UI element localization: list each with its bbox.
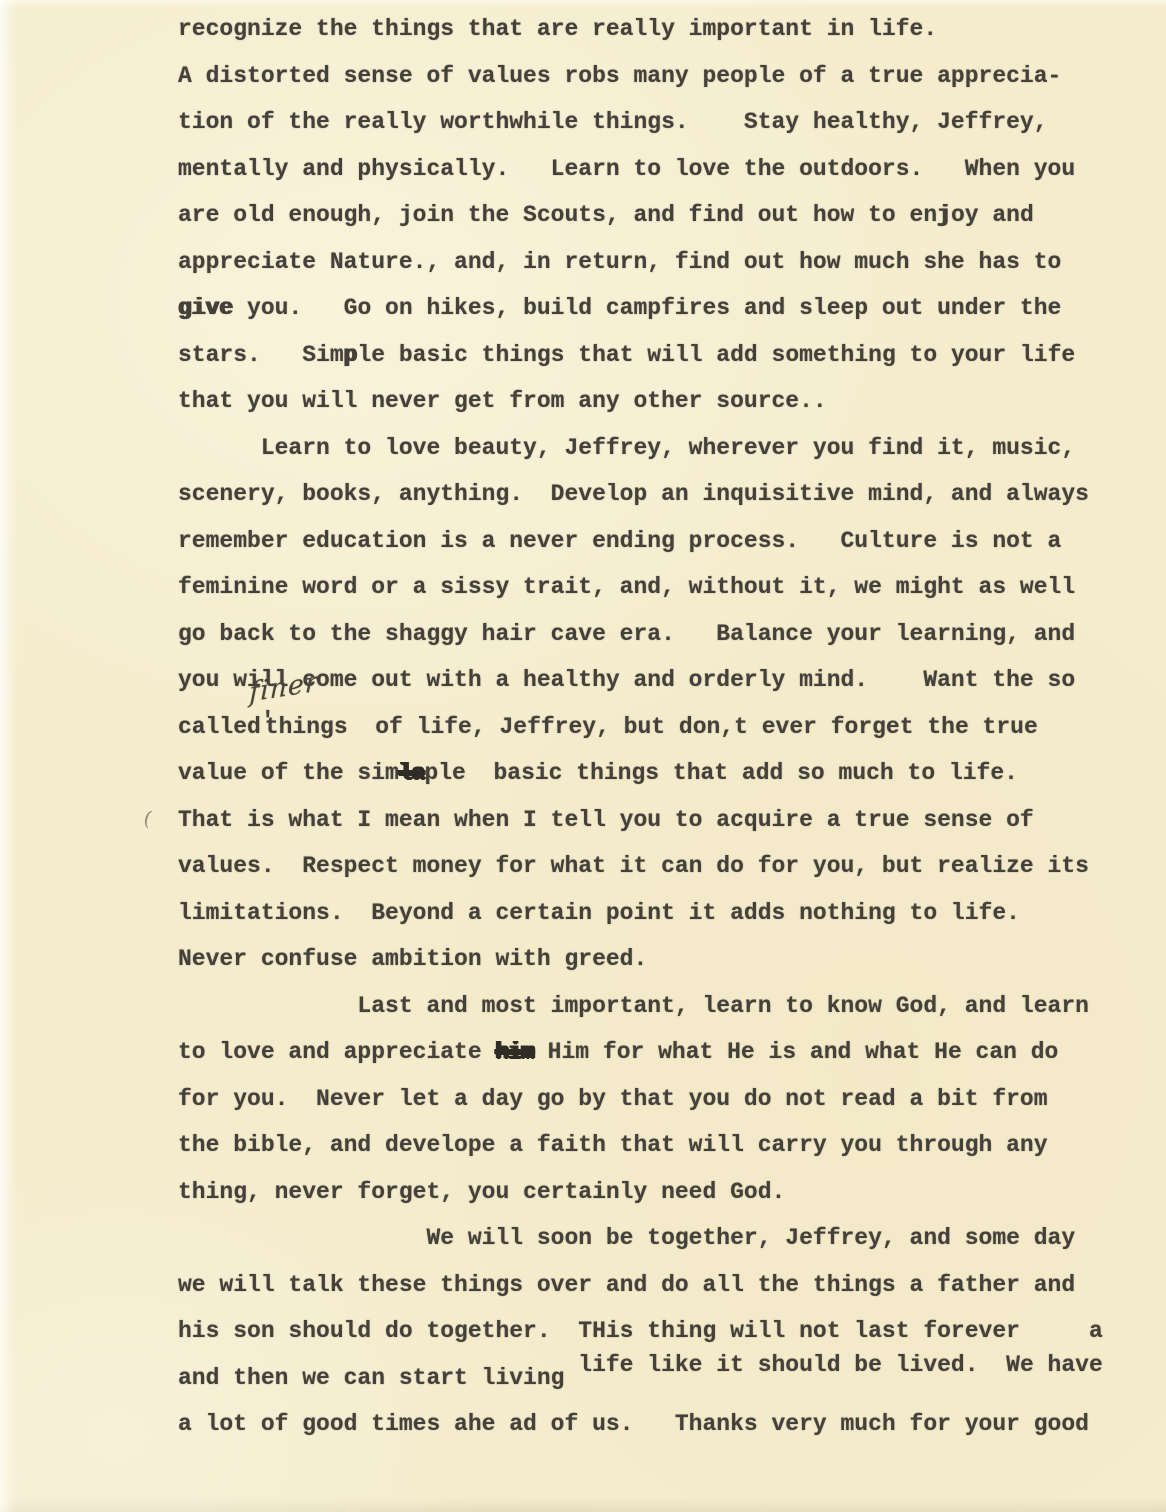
- letter-line: recognize the things that are really imp…: [178, 6, 1118, 53]
- letter-line: values. Respect money for what it can do…: [178, 843, 1118, 890]
- letter-segment: a lot of good times ahe ad of us. Thanks…: [178, 1411, 1089, 1437]
- letter-segment: are old enough, join the Scouts, and fin…: [178, 202, 937, 228]
- letter-segment-overtype: give: [178, 295, 233, 321]
- letter-segment: Learn to love beauty, Jeffrey, wherever …: [178, 435, 1075, 461]
- letter-line: limitations. Beyond a certain point it a…: [178, 890, 1118, 937]
- letter-segment: A distorted sense of values robs many pe…: [178, 63, 1061, 89]
- letter-segment: we will talk these things over and do al…: [178, 1272, 1075, 1298]
- letter-line: you will come out with a healthy and ord…: [178, 657, 1118, 704]
- letter-line: the bible, and develope a faith that wil…: [178, 1122, 1118, 1169]
- letter-line: that you will never get from any other s…: [178, 378, 1118, 425]
- letter-page: recognize the things that are really imp…: [0, 0, 1166, 1512]
- letter-line: Never confuse ambition with greed.: [178, 936, 1118, 983]
- letter-line: go back to the shaggy hair cave era. Bal…: [178, 611, 1118, 658]
- letter-segment-blackout: him: [495, 1039, 533, 1065]
- letter-segment-raised: life like it should be lived. We have: [578, 1342, 1103, 1389]
- letter-line: stars. Simple basic things that will add…: [178, 332, 1118, 379]
- letter-line: That is what I mean when I tell you to a…: [178, 797, 1118, 844]
- letter-segment-overtype: j: [937, 202, 951, 228]
- letter-segment: tion of the really worthwhile things. St…: [178, 109, 1048, 135]
- letter-line: called'things of life, Jeffrey, but don,…: [178, 704, 1118, 751]
- letter-line: remember education is a never ending pro…: [178, 518, 1118, 565]
- letter-line: tion of the really worthwhile things. St…: [178, 99, 1118, 146]
- ink-speck: (: [141, 805, 154, 830]
- letter-segment: stars. Sim: [178, 342, 344, 368]
- letter-segment: feminine word or a sissy trait, and, wit…: [178, 574, 1075, 600]
- letter-segment: Him for what He is and what He can do: [534, 1039, 1059, 1065]
- letter-line: give you. Go on hikes, build campfires a…: [178, 285, 1118, 332]
- letter-segment: his son should do together. THis thing w…: [178, 1318, 1103, 1344]
- letter-segment: Last and most important, learn to know G…: [178, 993, 1089, 1019]
- letter-segment: appreciate Nature., and, in return, find…: [178, 249, 1061, 275]
- letter-line: feminine word or a sissy trait, and, wit…: [178, 564, 1118, 611]
- letter-line: are old enough, join the Scouts, and fin…: [178, 192, 1118, 239]
- letter-segment-overtype: p: [344, 342, 358, 368]
- letter-segment: oy and: [951, 202, 1034, 228]
- letter-segment: and then we can start living: [178, 1365, 578, 1391]
- letter-segment: recognize the things that are really imp…: [178, 16, 937, 42]
- letter-segment: values. Respect money for what it can do…: [178, 853, 1089, 879]
- letter-line: mentally and physically. Learn to love t…: [178, 146, 1118, 193]
- letter-segment: thing, never forget, you certainly need …: [178, 1179, 785, 1205]
- letter-segment: called: [178, 714, 261, 740]
- letter-line: scenery, books, anything. Develop an inq…: [178, 471, 1118, 518]
- letter-segment: value of the sim: [178, 760, 399, 786]
- letter-line: Last and most important, learn to know G…: [178, 983, 1118, 1030]
- letter-line: appreciate Nature., and, in return, find…: [178, 239, 1118, 286]
- letter-segment: le basic things that will add something …: [357, 342, 1075, 368]
- letter-segment: for you. Never let a day go by that you …: [178, 1086, 1048, 1112]
- letter-line: to love and appreciate him Him for what …: [178, 1029, 1118, 1076]
- letter-line: and then we can start living life like i…: [178, 1355, 1118, 1402]
- letter-line: we will talk these things over and do al…: [178, 1262, 1118, 1309]
- letter-segment: We will soon be together, Jeffrey, and s…: [178, 1225, 1075, 1251]
- letter-segment: the bible, and develope a faith that wil…: [178, 1132, 1048, 1158]
- letter-line: for you. Never let a day go by that you …: [178, 1076, 1118, 1123]
- letter-body: recognize the things that are really imp…: [178, 6, 1118, 1448]
- letter-line: a lot of good times ahe ad of us. Thanks…: [178, 1401, 1118, 1448]
- letter-line: value of the simlaple basic things that …: [178, 750, 1118, 797]
- letter-line: A distorted sense of values robs many pe…: [178, 53, 1118, 100]
- letter-segment: go back to the shaggy hair cave era. Bal…: [178, 621, 1075, 647]
- letter-segment: remember education is a never ending pro…: [178, 528, 1061, 554]
- letter-segment-blackout: la: [399, 760, 425, 786]
- letter-line: Learn to love beauty, Jeffrey, wherever …: [178, 425, 1118, 472]
- letter-segment: ple basic things that add so much to lif…: [424, 760, 1018, 786]
- letter-segment: Never confuse ambition with greed.: [178, 946, 647, 972]
- letter-segment: scenery, books, anything. Develop an inq…: [178, 481, 1089, 507]
- letter-segment: to love and appreciate: [178, 1039, 495, 1065]
- letter-segment: mentally and physically. Learn to love t…: [178, 156, 1075, 182]
- letter-line: We will soon be together, Jeffrey, and s…: [178, 1215, 1118, 1262]
- letter-line: thing, never forget, you certainly need …: [178, 1169, 1118, 1216]
- letter-segment: limitations. Beyond a certain point it a…: [178, 900, 1020, 926]
- letter-segment: you. Go on hikes, build campfires and sl…: [233, 295, 1061, 321]
- letter-segment: things of life, Jeffrey, but don,t ever …: [265, 714, 1038, 740]
- letter-segment: that you will never get from any other s…: [178, 388, 827, 414]
- letter-segment: That is what I mean when I tell you to a…: [178, 807, 1034, 833]
